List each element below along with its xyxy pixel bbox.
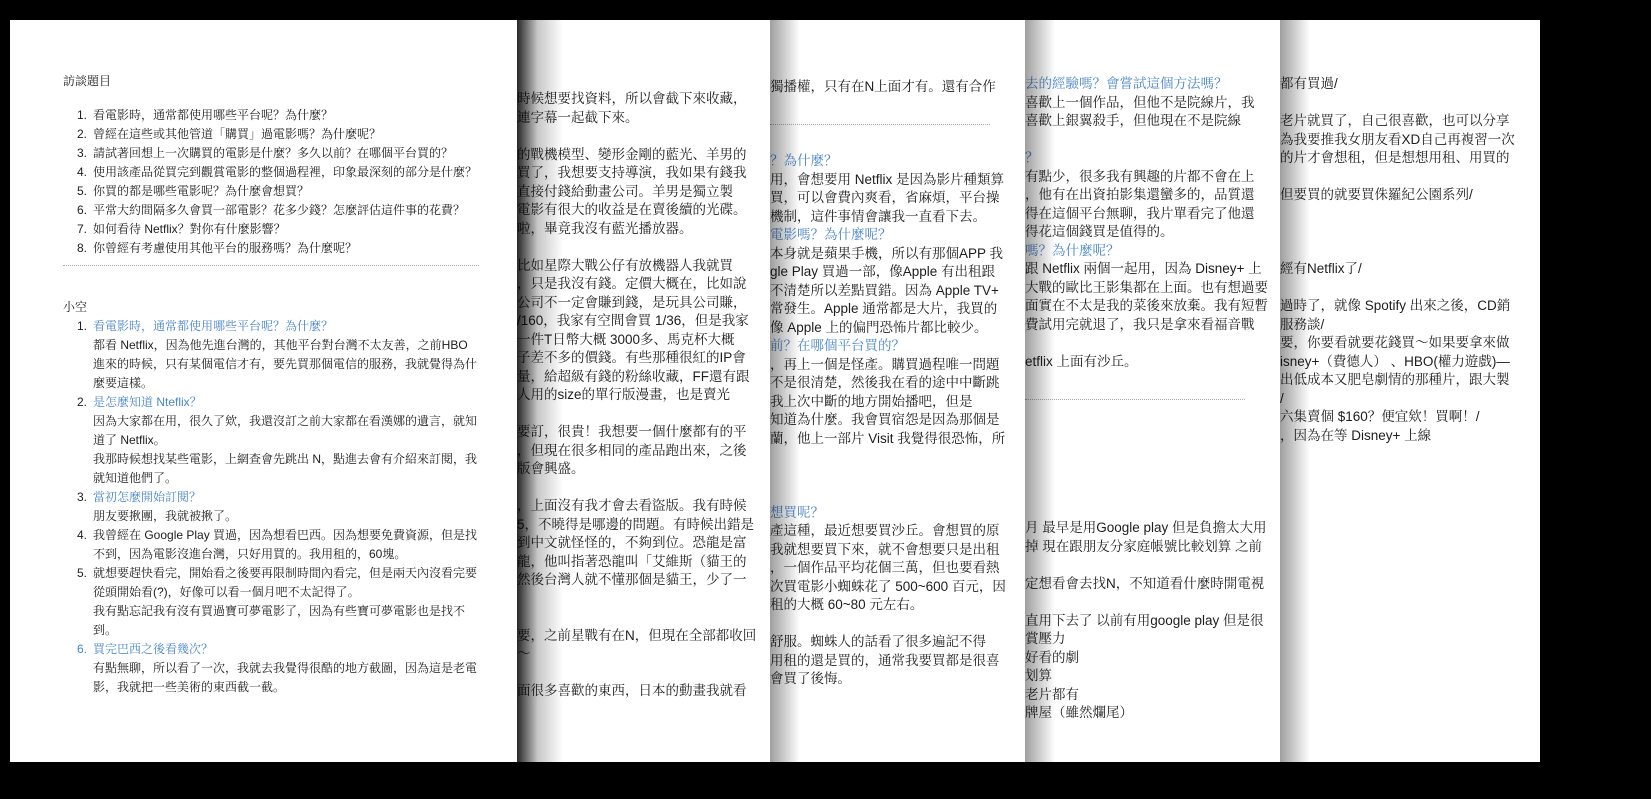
page-5-content: 都有買過/老片就買了，自己很喜歡，也可以分享為我要推我女朋友看XD自己再複習一次…	[1280, 20, 1540, 445]
page-2-content: 時候想要找資料，所以會截下來收藏，連字幕一起截下來。的戰機模型、變形金剛的藍光、…	[517, 20, 770, 701]
text-line: etflix 上面有沙丘。	[1025, 353, 1280, 372]
page-slice-5: 都有買過/老片就買了，自己很喜歡，也可以分享為我要推我女朋友看XD自己再複習一次…	[1280, 20, 1540, 762]
question-line: 嗎？為什麼呢？	[1025, 242, 1280, 261]
list-item-number: 1.	[63, 106, 93, 125]
list-item-number: 6.	[63, 640, 93, 697]
question-line: 電影嗎？為什麼呢？	[770, 226, 1025, 245]
blank-line	[1280, 242, 1540, 261]
list-item: 4.使用該產品從買完到觀賞電影的整個過程裡，印象最深刻的部分是什麼？	[63, 163, 479, 182]
text-line: 的戰機模型、變形金剛的藍光、羊男的	[517, 146, 770, 165]
list-item: 1.看電影時，通常都使用哪些平台呢？為什麼？都看 Netflix，因為他先進台灣…	[63, 317, 479, 393]
text-line: gle Play 買過一部，像Apple 有出租跟	[770, 263, 1025, 282]
text-line: 買，可以會費內爽看，省麻煩，平台操	[770, 189, 1025, 208]
blank-line	[770, 485, 1025, 504]
list-item-number: 5.	[63, 564, 93, 640]
answer-text: 有點無聊，所以看了一次，我就去我覺得很酷的地方截圖，因為這是老電影，我就把一些美…	[93, 659, 479, 697]
text-line: 龍，他叫指著恐龍叫「艾維斯（貓王的	[517, 553, 770, 572]
page-4-content: 去的經驗嗎？會嘗試這個方法嗎？喜歡上一個作品，但他不是院線片，我喜歡上銀翼殺手，…	[1025, 20, 1280, 723]
text-line: 次買電影小蜘蛛花了 500~600 百元，因	[770, 578, 1025, 597]
list-item: 5.就想要趕快看完，開始看之後要再限制時間內看完，但是兩天內沒看完要從頭開始看(…	[63, 564, 479, 640]
list-item: 2.是怎麼知道 Nteflix？因為大家都在用，很久了欸，我還沒訂之前大家都在看…	[63, 393, 479, 488]
page-3-content: 獨播權，只有在N上面才有。還有合作？為什麼？用，會想要用 Netflix 是因為…	[770, 20, 1025, 689]
text-line: 面實在不太是我的菜後來放棄。我有短暫	[1025, 297, 1280, 316]
text-line: 用，會想要用 Netflix 是因為影片種類算	[770, 171, 1025, 190]
text-line: 跟 Netflix 兩個一起用，因為 Disney+ 上	[1025, 260, 1280, 279]
answer-text: 請試著回想上一次購買的電影是什麼？多久以前？在哪個平台買的？	[93, 144, 479, 163]
list-item-number: 2.	[63, 393, 93, 488]
blank-line	[770, 615, 1025, 634]
list-item-number: 7.	[63, 220, 93, 239]
text-line: ，因為在等 Disney+ 上線	[1280, 427, 1540, 446]
list-item-text: 看電影時，通常都使用哪些平台呢？為什麼？都看 Netflix，因為他先進台灣的，…	[93, 317, 479, 393]
text-line: 過時了，就像 Spotify 出來之後，CD銷	[1280, 297, 1540, 316]
text-line: 租的大概 60~80 元左右。	[770, 596, 1025, 615]
text-line: 5，不曉得是哪邊的問題。有時候出錯是	[517, 516, 770, 535]
blank-line	[1280, 168, 1540, 187]
answer-text: 你買的都是哪些電影呢？為什麼會想買？	[93, 182, 479, 201]
list-item-text: 請試著回想上一次購買的電影是什麼？多久以前？在哪個平台買的？	[93, 144, 479, 163]
text-line: 有點少，很多我有興趣的片都不會在上	[1025, 168, 1280, 187]
question-line: 前？在哪個平台買的？	[770, 337, 1025, 356]
question-line: 想買呢？	[770, 504, 1025, 523]
question-line: ？為什麼？	[770, 152, 1025, 171]
list-item-number: 4.	[63, 163, 93, 182]
blank-line	[1025, 445, 1280, 464]
text-line: 時候想要找資料，所以會截下來收藏，	[517, 90, 770, 109]
text-line: 賞壓力	[1025, 630, 1280, 649]
question-text: 看電影時，通常都使用哪些平台呢？為什麼？	[93, 317, 479, 336]
text-line: ～	[517, 645, 770, 664]
list-item-number: 5.	[63, 182, 93, 201]
text-line: 划算	[1025, 667, 1280, 686]
answer-text: 如何看待 Netflix？對你有什麼影響？	[93, 220, 479, 239]
page-interview-notes: 訪談題目 1.看電影時，通常都使用哪些平台呢？為什麼？2.曾經在這些或其他管道「…	[10, 20, 517, 762]
answer-text: 就想要趕快看完，開始看之後要再限制時間內看完，但是兩天內沒看完要從頭開始看(?)…	[93, 564, 479, 602]
text-line: 好看的劇	[1025, 649, 1280, 668]
text-line: 直用下去了 以前有用google play 但是很	[1025, 612, 1280, 631]
answer-text: 曾經在這些或其他管道「購買」過電影嗎？為什麼呢？	[93, 125, 479, 144]
text-line: ，一個作品平均花個三萬，但也要看熱	[770, 559, 1025, 578]
question-line: 去的經驗嗎？會嘗試這個方法嗎？	[1025, 75, 1280, 94]
question-text: 買完巴西之後看幾次？	[93, 640, 479, 659]
text-line: 經有Netflix了/	[1280, 260, 1540, 279]
list-item-text: 就想要趕快看完，開始看之後要再限制時間內看完，但是兩天內沒看完要從頭開始看(?)…	[93, 564, 479, 640]
list-item: 7.如何看待 Netflix？對你有什麼影響？	[63, 220, 479, 239]
blank-line	[1280, 205, 1540, 224]
interview-question-list: 1.看電影時，通常都使用哪些平台呢？為什麼？2.曾經在這些或其他管道「購買」過電…	[63, 106, 479, 258]
blank-line	[517, 238, 770, 257]
text-line: 得在這個平台無聊，我片單看完了他還	[1025, 205, 1280, 224]
list-item-number: 1.	[63, 317, 93, 393]
list-item-text: 曾經在這些或其他管道「購買」過電影嗎？為什麼呢？	[93, 125, 479, 144]
list-item-number: 6.	[63, 201, 93, 220]
text-line: 六集賣個 $160？便宜欸！買啊！/	[1280, 408, 1540, 427]
dotted-divider	[1025, 390, 1280, 409]
text-line: 我上次中斷的地方開始播吧，但是	[770, 393, 1025, 412]
page-slice-2: 時候想要找資料，所以會截下來收藏，連字幕一起截下來。的戰機模型、變形金剛的藍光、…	[517, 20, 770, 762]
text-line: 子差不多的價錢。有些那種很紅的IP會	[517, 349, 770, 368]
list-item-text: 我曾經在 Google Play 買過，因為想看巴西。因為想要免費資源，但是找不…	[93, 526, 479, 564]
list-item: 6.平常大約間隔多久會買一部電影？花多少錢？怎麼評估這件事的花費？	[63, 201, 479, 220]
blank-line	[1280, 94, 1540, 113]
text-line: 費試用完就退了，我只是拿來看福音戰	[1025, 316, 1280, 335]
blank-line	[1025, 556, 1280, 575]
text-line: 老片都有	[1025, 686, 1280, 705]
question-text: 當初怎麼開始訂閱？	[93, 488, 479, 507]
text-line: 會買了後悔。	[770, 670, 1025, 689]
text-line: 牌屋（雖然爛尾）	[1025, 704, 1280, 723]
text-line: 連字幕一起截下來。	[517, 109, 770, 128]
text-line: 電影有很大的收益是在賣後續的光碟。	[517, 201, 770, 220]
text-line: 我就想要買下來，就不會想要只是出租	[770, 541, 1025, 560]
blank-line	[770, 134, 1025, 153]
text-line: 的片才會想租，但是想想用租、用買的	[1280, 149, 1540, 168]
question-text: 是怎麼知道 Nteflix？	[93, 393, 479, 412]
text-line: 月 最早是用Google play 但是負擔太大用	[1025, 519, 1280, 538]
answer-text: 我那時候想找某些電影，上網查會先跳出 N，點進去會有介紹來訂閱，我就知道他們了。	[93, 450, 479, 488]
blank-line	[770, 97, 1025, 116]
text-line: 面很多喜歡的東西，日本的動畫我就看	[517, 682, 770, 701]
list-item-text: 是怎麼知道 Nteflix？因為大家都在用，很久了欸，我還沒訂之前大家都在看漢娜…	[93, 393, 479, 488]
list-item-number: 2.	[63, 125, 93, 144]
answer-text: 平常大約間隔多久會買一部電影？花多少錢？怎麼評估這件事的花費？	[93, 201, 479, 220]
page-slice-4: 去的經驗嗎？會嘗試這個方法嗎？喜歡上一個作品，但他不是院線片，我喜歡上銀翼殺手，…	[1025, 20, 1280, 762]
text-line: 但要買的就要買侏羅紀公園系列/	[1280, 186, 1540, 205]
list-item-text: 使用該產品從買完到觀賞電影的整個過程裡，印象最深刻的部分是什麼？	[93, 163, 479, 182]
blank-line	[1025, 501, 1280, 520]
list-item-text: 買完巴西之後看幾次？有點無聊，所以看了一次，我就去我覺得很酷的地方截圖，因為這是…	[93, 640, 479, 697]
text-line: 產這種，最近想要買沙丘。會想買的原	[770, 522, 1025, 541]
answer-text: 朋友要揪團，我就被揪了。	[93, 507, 479, 526]
answer-text: 因為大家都在用，很久了欸，我還沒訂之前大家都在看漢娜的遺言，就知道了 Netfl…	[93, 412, 479, 450]
blank-line	[517, 608, 770, 627]
answer-text: 我曾經在 Google Play 買過，因為想看巴西。因為想要免費資源，但是找不…	[93, 526, 479, 564]
page-slice-3: 獨播權，只有在N上面才有。還有合作？為什麼？用，會想要用 Netflix 是因為…	[770, 20, 1025, 762]
text-line: 一件T日幣大概 3000多、馬克杯大概	[517, 331, 770, 350]
list-item-text: 如何看待 Netflix？對你有什麼影響？	[93, 220, 479, 239]
text-line: 量，給超級有錢的粉絲收藏，FF還有跟	[517, 368, 770, 387]
answer-text: 都看 Netflix，因為他先進台灣的，其他平台對台灣不太友善，之前HBO進來的…	[93, 336, 479, 393]
text-line: 出低成本又肥皂劇情的那種片，跟大製	[1280, 371, 1540, 390]
text-line: 版會興盛。	[517, 460, 770, 479]
list-item-number: 4.	[63, 526, 93, 564]
text-line: 蘭，他上一部片 Visit 我覺得很恐怖，所	[770, 430, 1025, 449]
text-line: 知道為什麼。我會買宿怨是因為那個是	[770, 411, 1025, 430]
text-line: 啦，畢竟我沒有藍光播放器。	[517, 220, 770, 239]
text-line: 常發生。Apple 通常都是大片，我買的	[770, 300, 1025, 319]
text-line: 舒服。蜘蛛人的話看了很多遍記不得	[770, 633, 1025, 652]
text-line: 掉 現在跟朋友分家庭帳號比較划算 之前	[1025, 538, 1280, 557]
text-line: 直接付錢給動畫公司。羊男是獨立製	[517, 183, 770, 202]
blank-line	[1025, 371, 1280, 390]
document-canvas: 訪談題目 1.看電影時，通常都使用哪些平台呢？為什麼？2.曾經在這些或其他管道「…	[0, 0, 1651, 799]
blank-line	[517, 127, 770, 146]
text-line: ，只是我沒有錢。定價大概在，比如說	[517, 275, 770, 294]
text-line: 到中文就怪怪的，不夠到位。恐龍是富	[517, 534, 770, 553]
blank-line	[517, 664, 770, 683]
blank-line	[1280, 223, 1540, 242]
text-line: 得花這個錢買是值得的。	[1025, 223, 1280, 242]
list-item: 8.你曾經有考慮使用其他平台的服務嗎？為什麼呢？	[63, 239, 479, 258]
blank-line	[517, 590, 770, 609]
text-line: 比如星際大戰公仔有放機器人我就買	[517, 257, 770, 276]
text-line: 要，你要看就要花錢買～如果要拿來做	[1280, 334, 1540, 353]
text-line: ，上面沒有我才會去看盜版。我有時候	[517, 497, 770, 516]
text-line: 老片就買了，自己很喜歡，也可以分享	[1280, 112, 1540, 131]
list-item: 4.我曾經在 Google Play 買過，因為想看巴西。因為想要免費資源，但是…	[63, 526, 479, 564]
list-item-number: 8.	[63, 239, 93, 258]
text-line: 用租的還是買的，通常我要買都是很喜	[770, 652, 1025, 671]
text-line: isney+（費德人） 、HBO(權力遊戲)—	[1280, 353, 1540, 372]
list-item-text: 看電影時，通常都使用哪些平台呢？為什麼？	[93, 106, 479, 125]
list-item-text: 你曾經有考慮使用其他平台的服務嗎？為什麼呢？	[93, 239, 479, 258]
question-line: ？	[1025, 149, 1280, 168]
page-title: 訪談題目	[63, 72, 479, 91]
blank-line	[1025, 131, 1280, 150]
text-line: 像 Apple 上的偏門恐怖片都比較少。	[770, 319, 1025, 338]
text-line: 大戰的歐比王影集都在上面。也有想過要	[1025, 279, 1280, 298]
text-line: 喜歡上銀翼殺手，但他現在不是院線	[1025, 112, 1280, 131]
text-line: 要訂，很貴！我想要一個什麼都有的平	[517, 423, 770, 442]
text-line: 為我要推我女朋友看XD自己再複習一次	[1280, 131, 1540, 150]
blank-line	[770, 467, 1025, 486]
text-line: ，他有在出資拍影集還蠻多的，品質還	[1025, 186, 1280, 205]
text-line: 不是很清楚，然後我在看的途中中斷跳	[770, 374, 1025, 393]
text-line: ，但現在很多相同的產品跑出來，之後	[517, 442, 770, 461]
answer-text: 使用該產品從買完到觀賞電影的整個過程裡，印象最深刻的部分是什麼？	[93, 163, 479, 182]
list-item-text: 當初怎麼開始訂閱？朋友要揪團，我就被揪了。	[93, 488, 479, 526]
blank-line	[1025, 464, 1280, 483]
blank-line	[517, 405, 770, 424]
list-item: 3.當初怎麼開始訂閱？朋友要揪團，我就被揪了。	[63, 488, 479, 526]
list-item-number: 3.	[63, 144, 93, 163]
list-item: 3.請試著回想上一次購買的電影是什麼？多久以前？在哪個平台買的？	[63, 144, 479, 163]
list-item: 1.看電影時，通常都使用哪些平台呢？為什麼？	[63, 106, 479, 125]
list-item-text: 平常大約間隔多久會買一部電影？花多少錢？怎麼評估這件事的花費？	[93, 201, 479, 220]
text-line: 要，之前星戰有在N，但現在全部都收回	[517, 627, 770, 646]
text-line: 機制，這件事情會讓我一直看下去。	[770, 208, 1025, 227]
text-line: /160，我家有空間會買 1/36，但是我家	[517, 312, 770, 331]
blank-line	[517, 479, 770, 498]
dotted-divider	[63, 265, 479, 266]
answer-text: 看電影時，通常都使用哪些平台呢？為什麼？	[93, 106, 479, 125]
answer-text: 你曾經有考慮使用其他平台的服務嗎？為什麼呢？	[93, 239, 479, 258]
list-item: 5.你買的都是哪些電影呢？為什麼會想買？	[63, 182, 479, 201]
list-item: 2.曾經在這些或其他管道「購買」過電影嗎？為什麼呢？	[63, 125, 479, 144]
text-line: ，再上一個是怪產。購買過程唯一問題	[770, 356, 1025, 375]
blank-line	[770, 448, 1025, 467]
list-item: 6.買完巴西之後看幾次？有點無聊，所以看了一次，我就去我覺得很酷的地方截圖，因為…	[63, 640, 479, 697]
text-line: 人用的size的單行版漫畫，也是賣光	[517, 386, 770, 405]
text-line: /	[1280, 390, 1540, 409]
interviewee-name: 小空	[63, 298, 479, 317]
list-item-number: 3.	[63, 488, 93, 526]
text-line: 服務談/	[1280, 316, 1540, 335]
page-1-content: 訪談題目 1.看電影時，通常都使用哪些平台呢？為什麼？2.曾經在這些或其他管道「…	[10, 20, 517, 697]
list-item-text: 你買的都是哪些電影呢？為什麼會想買？	[93, 182, 479, 201]
text-line: 獨播權，只有在N上面才有。還有合作	[770, 78, 1025, 97]
dotted-divider	[770, 115, 1025, 134]
blank-line	[1025, 334, 1280, 353]
text-line: 不清楚所以差點買錯。因為 Apple TV+	[770, 282, 1025, 301]
text-line: 本身就是蘋果手機，所以有那個APP 我	[770, 245, 1025, 264]
blank-line	[1025, 593, 1280, 612]
text-line: 都有買過/	[1280, 75, 1540, 94]
blank-line	[1025, 427, 1280, 446]
answer-text: 我有點忘記我有沒有買過寶可夢電影了，因為有些寶可夢電影也是找不到。	[93, 602, 479, 640]
text-line: 然後台灣人就不懂那個是貓王，少了一	[517, 571, 770, 590]
blank-line	[1025, 408, 1280, 427]
qa-list: 1.看電影時，通常都使用哪些平台呢？為什麼？都看 Netflix，因為他先進台灣…	[63, 317, 479, 697]
text-line: 定想看會去找N，不知道看什麼時開電視	[1025, 575, 1280, 594]
pages-row: 訪談題目 1.看電影時，通常都使用哪些平台呢？為什麼？2.曾經在這些或其他管道「…	[10, 20, 1540, 762]
text-line: 買了，我想要支持導演，我如果有錢我	[517, 164, 770, 183]
text-line: 公司不一定會賺到錢，是玩具公司賺，	[517, 294, 770, 313]
blank-line	[1025, 482, 1280, 501]
text-line: 喜歡上一個作品，但他不是院線片，我	[1025, 94, 1280, 113]
blank-line	[1280, 279, 1540, 298]
